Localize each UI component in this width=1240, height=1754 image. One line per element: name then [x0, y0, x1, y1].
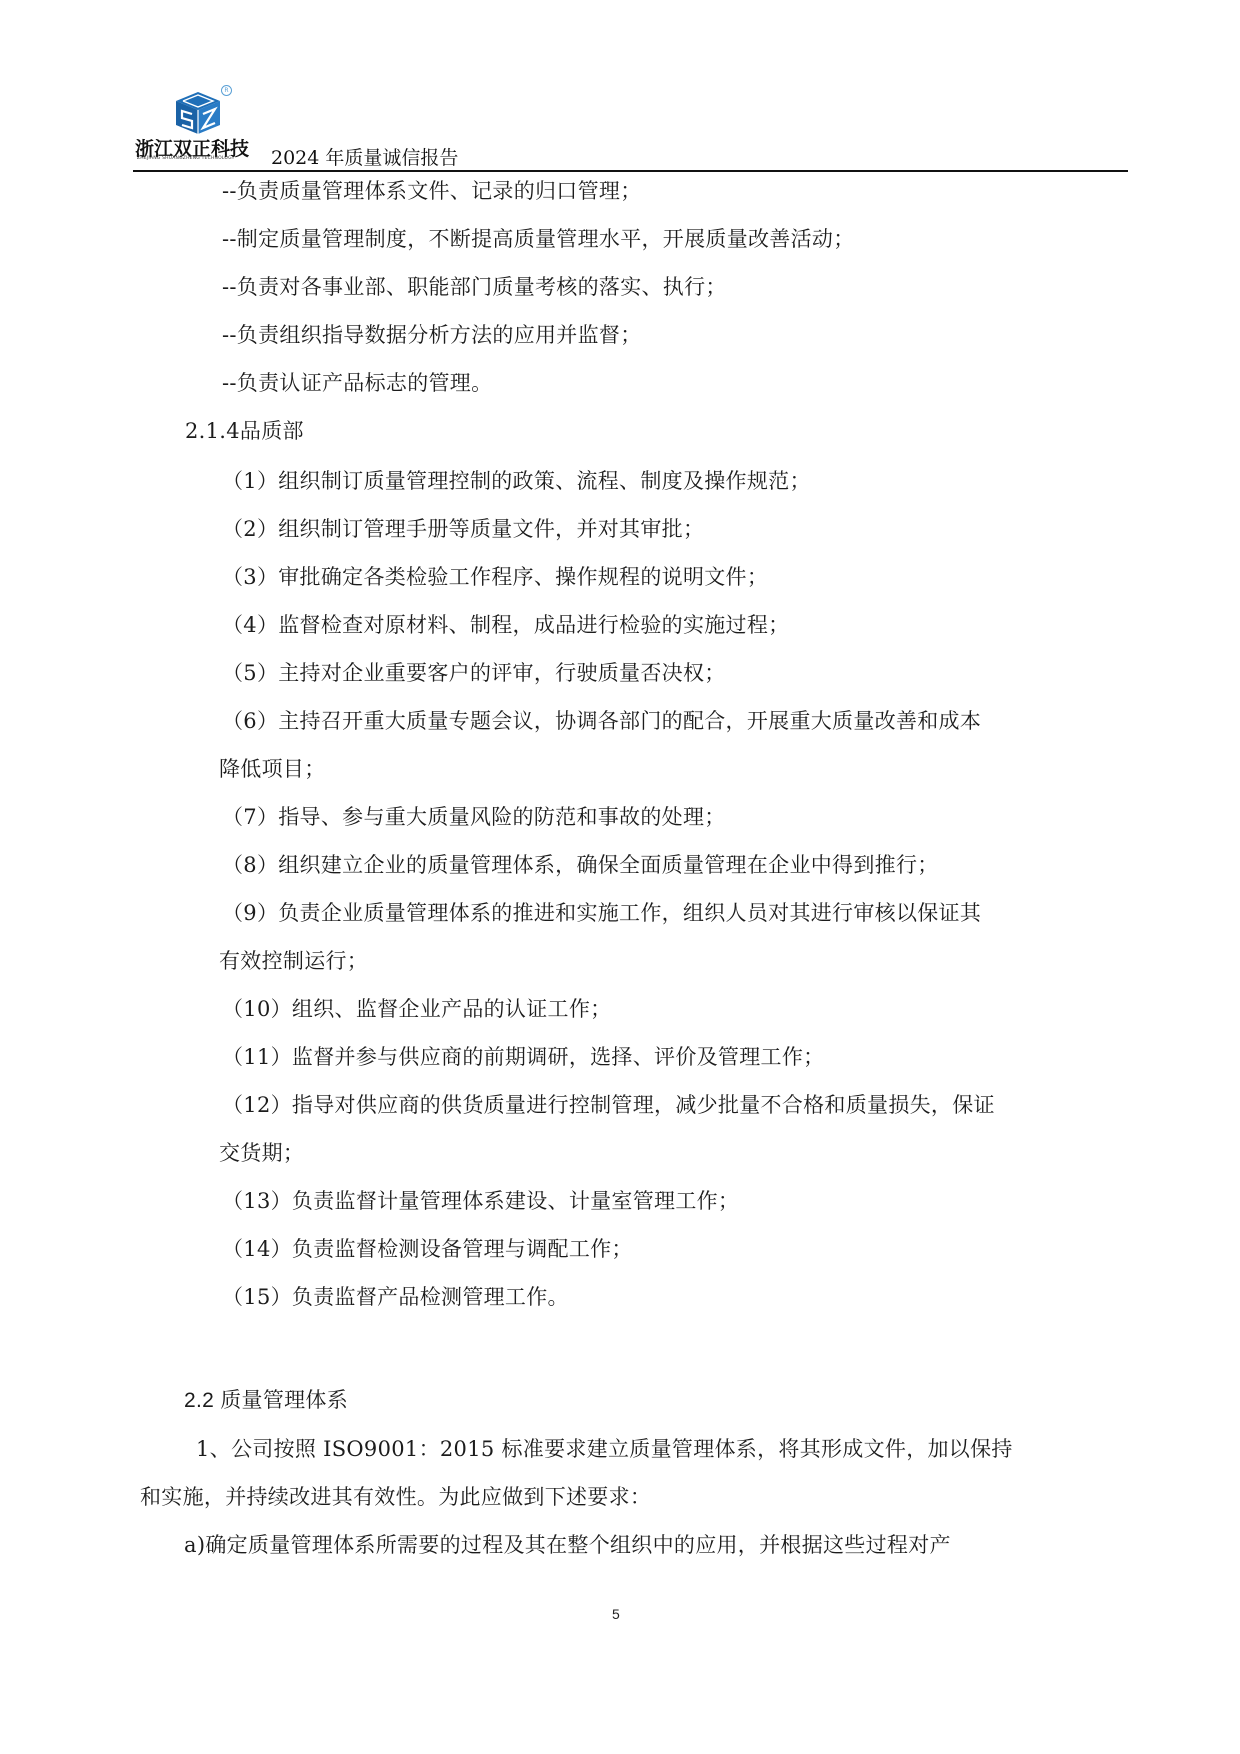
list-item-continuation: 交货期；	[219, 1140, 304, 1166]
list-item: （11）监督并参与供应商的前期调研，选择、评价及管理工作；	[222, 1044, 824, 1070]
list-item: （2）组织制订管理手册等质量文件，并对其审批；	[222, 516, 704, 542]
section-heading-2-1-4: 2.1.4品质部	[185, 418, 304, 444]
report-title: 2024 年质量诚信报告	[271, 143, 458, 170]
list-item: （6）主持召开重大质量专题会议，协调各部门的配合，开展重大质量改善和成本	[222, 708, 981, 734]
list-item: （8）组织建立企业的质量管理体系，确保全面质量管理在企业中得到推行；	[222, 852, 939, 878]
duty-item: --负责认证产品标志的管理。	[222, 370, 492, 396]
list-item-continuation: 降低项目；	[219, 756, 326, 782]
section-heading-2-2: 2.2 质量管理体系	[184, 1388, 348, 1414]
registered-mark-icon: R	[221, 85, 232, 96]
list-item-continuation: 有效控制运行；	[219, 948, 368, 974]
duty-item: --制定质量管理制度，不断提高质量管理水平，开展质量改善活动；	[222, 226, 855, 252]
paragraph-line: 和实施，并持续改进其有效性。为此应做到下述要求：	[140, 1484, 651, 1510]
header-divider	[133, 170, 1128, 172]
list-item: （5）主持对企业重要客户的评审，行驶质量否决权；	[222, 660, 726, 686]
logo-company-name-en: ZHEJIANG SHUANGZHENG TECHNOLOGY	[137, 156, 235, 161]
page-header: R 浙江双正科技 ZHEJIANG SHUANGZHENG TECHNOLOGY…	[133, 82, 1128, 174]
sz-cube-logo-icon	[173, 90, 223, 136]
page-number: 5	[612, 1606, 620, 1622]
company-logo: R 浙江双正科技 ZHEJIANG SHUANGZHENG TECHNOLOGY	[133, 82, 257, 164]
list-item: （13）负责监督计量管理体系建设、计量室管理工作；	[222, 1188, 739, 1214]
list-item: （9）负责企业质量管理体系的推进和实施工作，组织人员对其进行审核以保证其	[222, 900, 981, 926]
list-item: （7）指导、参与重大质量风险的防范和事故的处理；	[222, 804, 726, 830]
paragraph-line: 1、公司按照 ISO9001：2015 标准要求建立质量管理体系，将其形成文件，…	[196, 1436, 1013, 1462]
duty-item: --负责对各事业部、职能部门质量考核的落实、执行；	[222, 274, 727, 300]
list-item: （10）组织、监督企业产品的认证工作；	[222, 996, 611, 1022]
list-item: （14）负责监督检测设备管理与调配工作；	[222, 1236, 633, 1262]
duty-item: --负责质量管理体系文件、记录的归口管理；	[222, 178, 642, 204]
duty-item: --负责组织指导数据分析方法的应用并监督；	[222, 322, 642, 348]
list-item: （4）监督检查对原材料、制程，成品进行检验的实施过程；	[222, 612, 789, 638]
list-item: （15）负责监督产品检测管理工作。	[222, 1284, 569, 1310]
list-item: （1）组织制订质量管理控制的政策、流程、制度及操作规范；	[222, 468, 811, 494]
list-item: （3）审批确定各类检验工作程序、操作规程的说明文件；	[222, 564, 768, 590]
list-item: （12）指导对供应商的供货质量进行控制管理，减少批量不合格和质量损失，保证	[222, 1092, 995, 1118]
requirement-item-a: a)确定质量管理体系所需要的过程及其在整个组织中的应用，并根据这些过程对产	[184, 1532, 951, 1558]
